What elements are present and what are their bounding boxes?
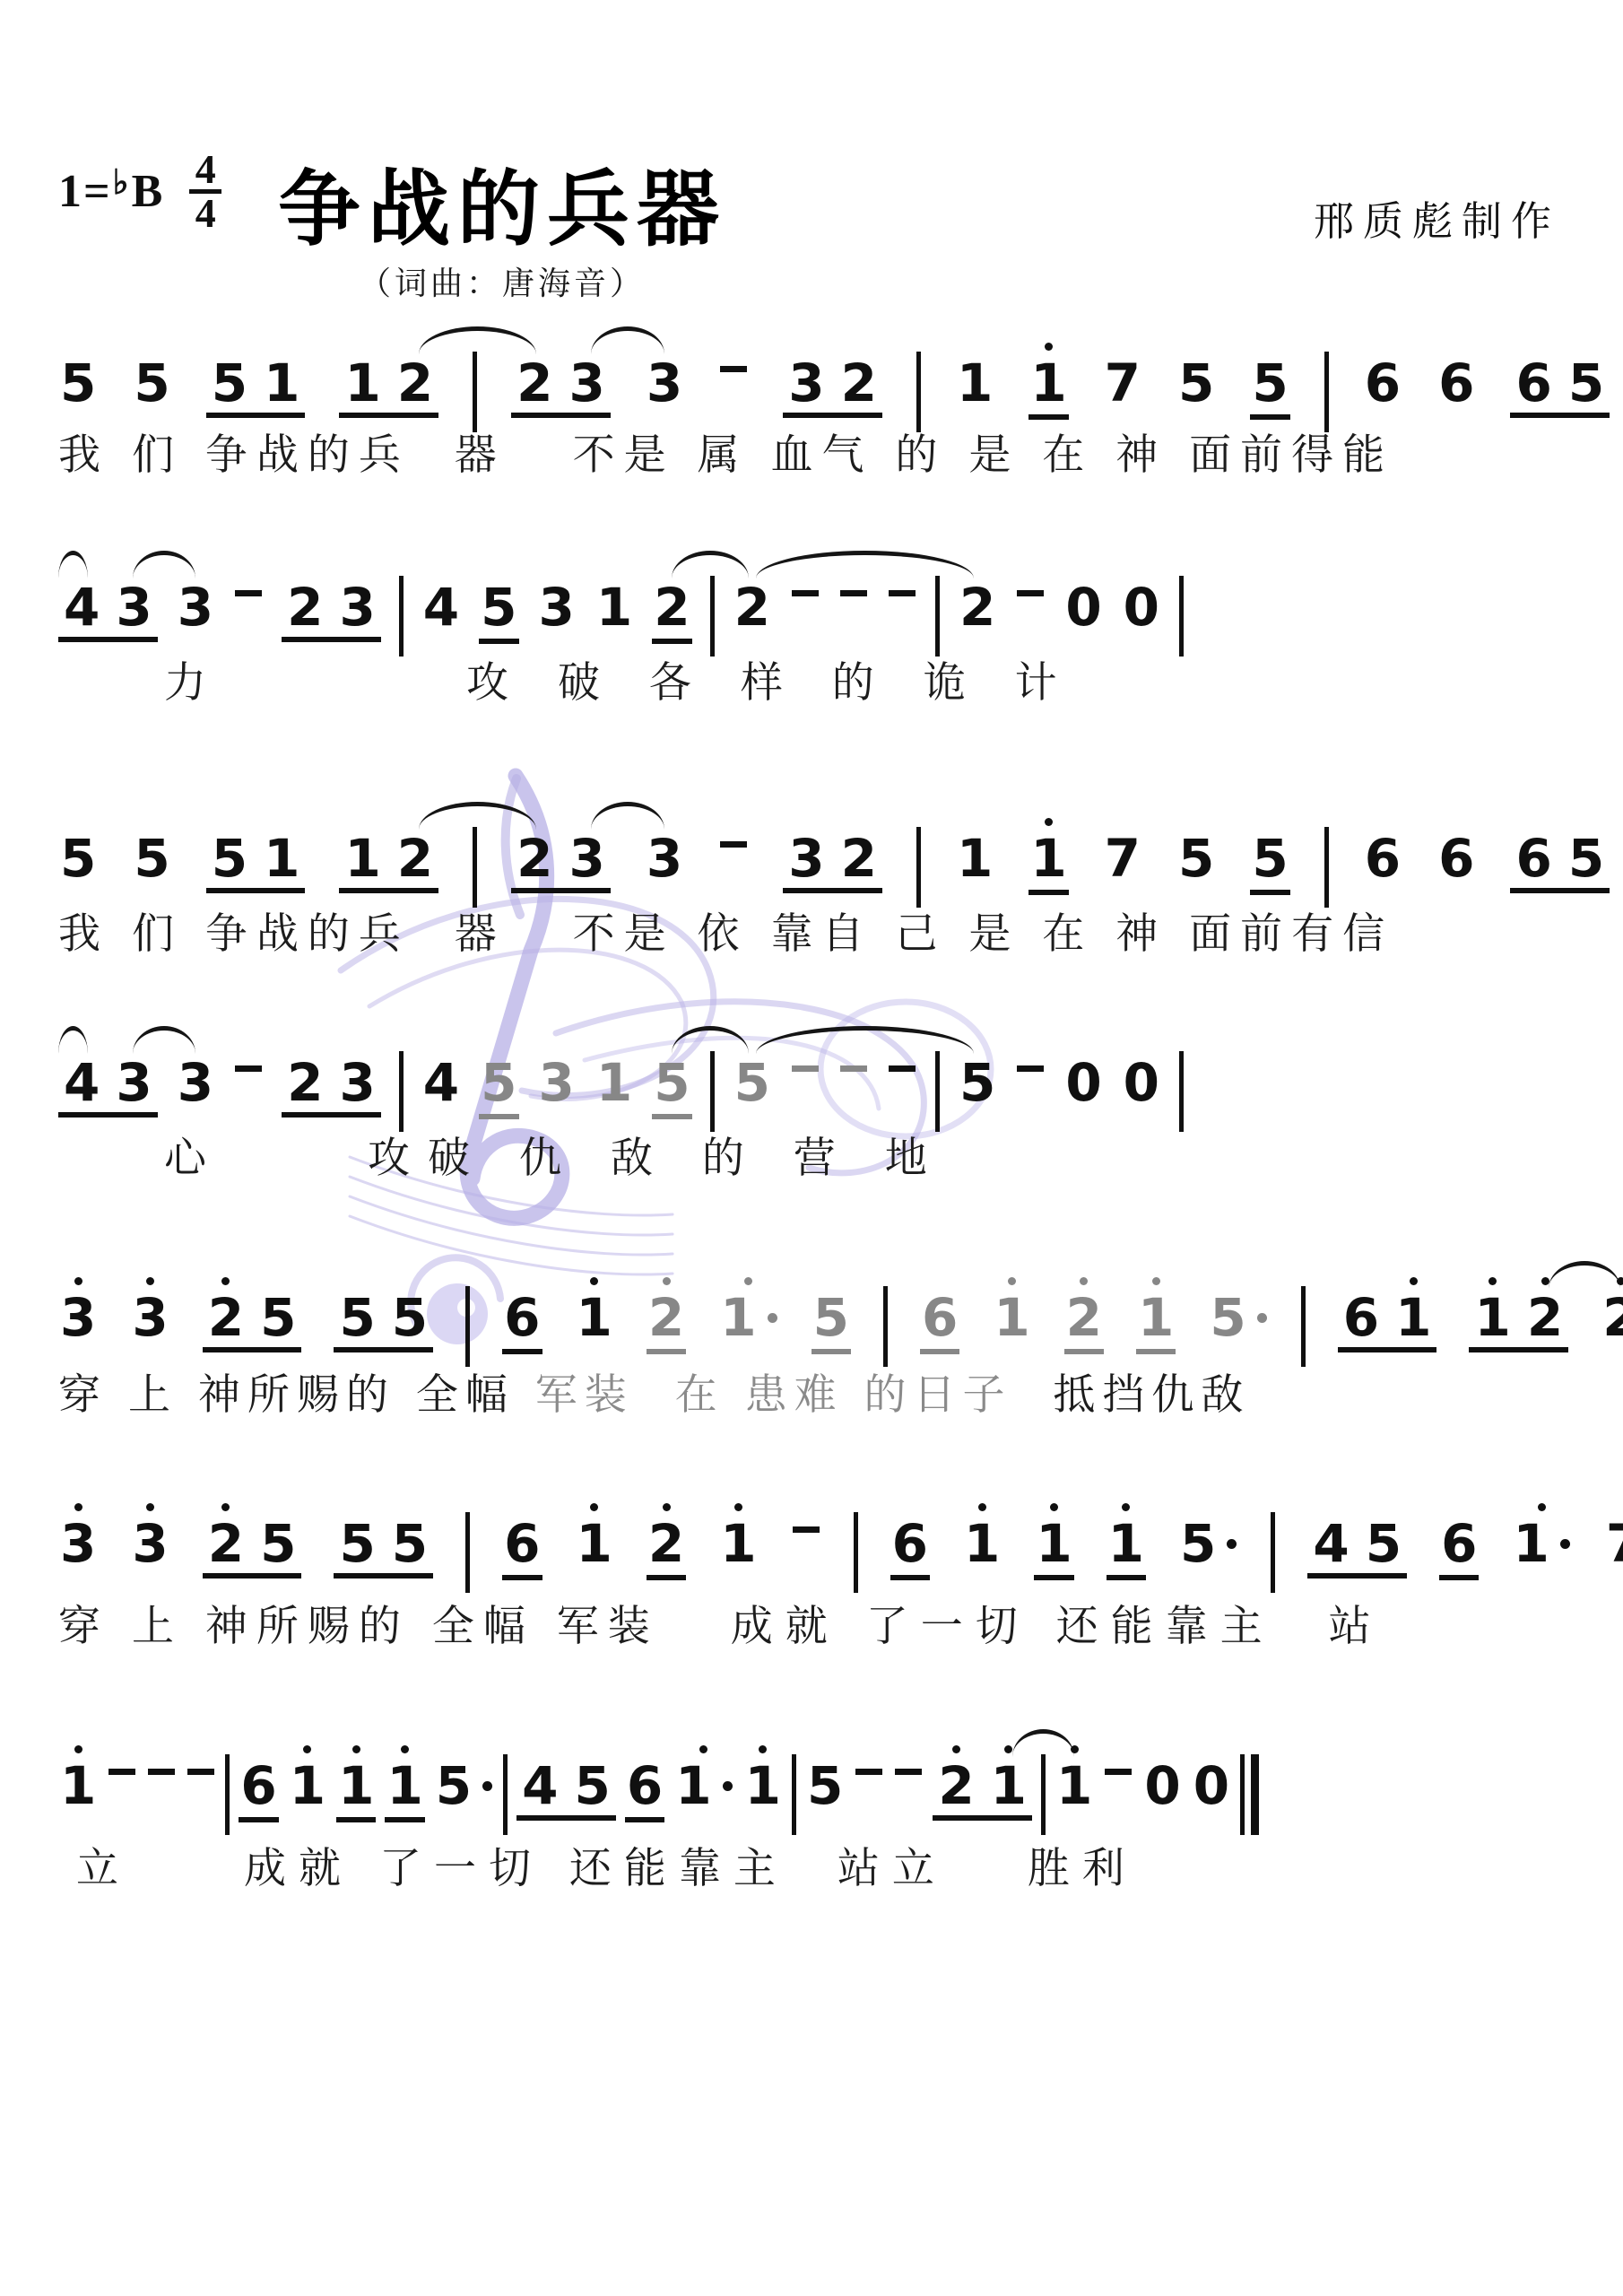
octave-dot [590,1503,598,1511]
barline [1041,1742,1046,1835]
note: 6 [502,1500,542,1580]
note: 7 [1103,814,1142,888]
note: 1 [962,1500,1002,1573]
beamed-note-group: 65 [1510,814,1610,893]
octave-dot [952,1745,960,1753]
note: 2 [1064,1274,1104,1354]
note: 3 [645,814,684,888]
octave-dot [734,1503,742,1511]
notes-row: 5551122333211755666554 [58,339,1583,432]
octave-dot [1045,343,1053,351]
note: 6 [1436,814,1476,888]
note: 5 [652,1039,691,1119]
lyrics-segment: 心 [164,1134,206,1184]
beamed-note-group: 45 [1307,1500,1407,1578]
rest-note: 0 [1122,1039,1161,1112]
note: 2 [1601,1274,1623,1347]
lyrics-segment: 立 [76,1844,118,1894]
note: 5 [1250,814,1289,895]
augmentation-dot [768,1313,777,1323]
note: 6 [920,1274,959,1354]
octave-dot [1008,1277,1016,1285]
lyrics-row: 力攻 破 各 样 的 诡 计 [58,658,1075,709]
lyrics-segment: 攻 破 各 样 的 诡 计 [466,658,1075,709]
lyrics-row: 穿 上 神所赐的 全幅 军装 在 患难 的日子 抵挡仇敌 [58,1370,1250,1421]
rest-note: 0 [1063,1039,1103,1112]
duration-dash [146,1742,177,1801]
beamed-note-group: 23 [282,563,381,642]
octave-dot [352,1745,360,1753]
note: 3 [130,1500,169,1573]
barline [1301,1274,1306,1367]
rest-note: 0 [1063,563,1103,637]
barline [399,1039,404,1132]
rest-note: 0 [1192,1742,1231,1815]
barline [399,563,404,657]
octave-dot [146,1277,154,1285]
barline [935,1039,940,1132]
note: 1 [575,1274,614,1347]
duration-dash [887,1039,917,1098]
note: 1 [718,1500,758,1573]
octave-dot [1541,1277,1549,1285]
lyrics-row: 我 们 争战的兵 器 不是 依 靠自 己 是 在 神 面前有信 [58,909,1393,960]
beamed-note-group: 32 [783,814,882,893]
note: 1 [1136,1274,1176,1354]
note: 6 [502,1274,542,1354]
duration-dash [718,814,749,874]
barline [854,1500,858,1593]
note: 3 [58,1274,98,1347]
music-line-5: 332555612156121561122穿 上 神所赐的 全幅 军装 在 患难… [58,1274,1583,1367]
barline [1271,1500,1275,1593]
time-signature: 4 4 [189,151,221,232]
music-line-3: 5551122333211755666554我 们 争战的兵 器 不是 依 靠自… [58,814,1583,908]
duration-dash [233,563,264,622]
notes-row: 16111545611521100 [58,1742,1583,1835]
octave-dot [1410,1277,1418,1285]
note: 5 [805,1742,845,1815]
barline [503,1742,508,1835]
note: 3 [176,563,215,637]
octave-dot [74,1503,82,1511]
duration-dash [838,1039,869,1098]
note: 5 [132,339,171,413]
beamed-note-group: 61 [1338,1274,1437,1352]
octave-dot [1488,1277,1497,1285]
barline [1179,563,1184,657]
lyrics-segment: 胜利 [1028,1844,1137,1894]
octave-dot [221,1277,230,1285]
note: 5 [479,1039,518,1119]
note: 6 [1363,814,1402,888]
lyrics-segment: 穿 上 神所赐的 全幅 [58,1370,535,1421]
beamed-note-group: 23 [511,814,611,893]
barline [883,1274,888,1367]
octave-dot [74,1745,82,1753]
beamed-note-group: 32 [783,339,882,418]
beamed-note-group: 65 [1510,339,1610,418]
beamed-note-group: 23 [511,339,611,418]
note: 5 [479,563,518,644]
duration-dash [790,1039,820,1098]
note: 1 [718,1274,778,1347]
duration-dash [1015,1039,1046,1098]
barline [225,1742,230,1835]
duration-dash [718,339,749,398]
note: 1 [743,1742,783,1815]
note: 1 [595,1039,634,1112]
lyrics-segment: 站 [1329,1602,1371,1652]
note: 1 [673,1742,733,1815]
music-line-2: 43323453122200力攻 破 各 样 的 诡 计 [58,563,1583,657]
beamed-note-group: 25 [203,1274,302,1352]
music-line-1: 5551122333211755666554我 们 争战的兵 器 不是 属 血气… [58,339,1583,432]
barline [792,1742,796,1835]
octave-dot [759,1745,767,1753]
note: 6 [239,1742,278,1822]
note: 1 [955,339,994,413]
key-text: 1=♭B [58,165,164,218]
duration-dash [186,1742,216,1801]
lyrics-segment: 我 们 争战的兵 器 不是 属 血气 的 是 在 神 面前得能 [58,430,1393,481]
barline [465,1274,470,1367]
lyrics-segment: 攻破 仇 敌 的 营 地 [368,1134,945,1184]
octave-dot [221,1503,230,1511]
augmentation-dot [1257,1313,1267,1323]
beamed-note-group: 12 [1469,1274,1568,1352]
duration-dash [791,1500,821,1559]
octave-dot [1004,1745,1012,1753]
barline [465,1500,470,1593]
octave-dot [74,1277,82,1285]
augmentation-dot [482,1781,492,1791]
barline [916,339,921,432]
note: 4 [421,1039,461,1112]
note: 3 [537,563,577,637]
note: 1 [288,1742,327,1815]
note: 2 [733,563,772,637]
composer-credit: 邢质彪制作 [1314,188,1560,247]
augmentation-dot [1560,1539,1570,1549]
beamed-note-group: 43 [58,563,158,642]
lyrics-segment: 成就 了一切 还能靠主 [731,1602,1275,1652]
lyrics-segment: 站立 [838,1844,947,1894]
barline [473,339,477,432]
beamed-note-group: 23 [282,1039,381,1118]
beamed-note-group: 12 [339,814,438,893]
note: 5 [58,814,98,888]
time-signature-top: 4 [195,151,216,188]
lyrics-segment: 我 们 争战的兵 器 不是 依 靠自 己 是 在 神 面前有信 [58,909,1393,960]
beamed-note-group: 25 [203,1500,302,1578]
beamed-note-group: 51 [206,814,306,893]
note: 3 [537,1039,577,1112]
octave-dot [1080,1277,1088,1285]
augmentation-dot [1227,1539,1237,1549]
note: 5 [1250,339,1289,420]
note: 7 [1604,1500,1623,1573]
barline [710,1039,715,1132]
duration-dash [854,1742,884,1801]
flat-icon: ♭ [113,164,131,202]
note: 5 [1208,1274,1268,1347]
note: 7 [1103,339,1142,413]
note: 3 [58,1500,98,1573]
notes-row: 43323453155500 [58,1039,1583,1132]
octave-dot [1152,1277,1160,1285]
barline [710,563,715,657]
note: 6 [625,1742,664,1822]
note: 3 [645,339,684,413]
note: 1 [336,1742,376,1822]
music-line-4: 43323453155500心攻破 仇 敌 的 营 地 [58,1039,1583,1132]
duration-dash [893,1742,924,1801]
note: 1 [385,1742,424,1822]
lyrics-row: 穿 上 神所赐的 全幅 军装成就 了一切 还能靠主站 [58,1602,1371,1652]
lyrics-row: 立成就 了一切 还能靠主站立胜利 [58,1844,1137,1894]
octave-dot [401,1745,409,1753]
note: 1 [575,1500,614,1573]
time-signature-bottom: 4 [195,195,216,232]
duration-dash [1103,1742,1133,1801]
octave-dot [699,1745,707,1753]
beamed-note-group: 12 [339,339,438,418]
note: 2 [647,1274,686,1354]
note: 1 [595,563,634,637]
note: 5 [1178,1500,1238,1573]
octave-dot [146,1503,154,1511]
notes-row: 5551122333211755666554 [58,814,1583,908]
final-barline [1240,1742,1259,1835]
beamed-note-group: 45 [516,1742,616,1821]
note: 1 [1511,1500,1571,1573]
note: 1 [992,1274,1031,1347]
octave-dot [1538,1503,1546,1511]
octave-dot [663,1277,671,1285]
note: 6 [890,1500,930,1580]
beamed-note-group: 21 [933,1742,1032,1821]
beamed-note-group: 43 [58,1039,158,1118]
barline [1324,814,1329,908]
beamed-note-group: 55 [334,1274,433,1352]
barline [1324,339,1329,432]
music-line-7: 16111545611521100立成就 了一切 还能靠主站立胜利 [58,1742,1583,1835]
octave-dot [978,1503,986,1511]
notes-row: 43323453122200 [58,563,1583,657]
note: 3 [176,1039,215,1112]
octave-dot [1071,1745,1079,1753]
octave-dot [590,1277,598,1285]
octave-dot [1617,1277,1623,1285]
lyrics-segment: 力 [164,658,206,709]
augmentation-dot [723,1781,733,1791]
octave-dot [1050,1503,1058,1511]
rest-note: 0 [1122,563,1161,637]
octave-dot [303,1745,311,1753]
note: 5 [733,1039,772,1112]
lyrics-segment: 成就 了一切 还能靠主 [244,1844,788,1894]
note: 1 [955,814,994,888]
octave-dot [1122,1503,1130,1511]
barline [916,814,921,908]
duration-dash [233,1039,264,1098]
beamed-note-group: 51 [206,339,306,418]
note: 5 [132,814,171,888]
note: 6 [1363,339,1402,413]
note: 3 [130,1274,169,1347]
note: 1 [1028,814,1068,895]
note: 1 [1028,339,1068,420]
barline [1179,1039,1184,1132]
lyrics-row: 心攻破 仇 敌 的 营 地 [58,1134,945,1184]
note: 6 [1439,1500,1479,1580]
note: 1 [1034,1500,1073,1580]
key-signature: 1=♭B 4 4 [58,151,221,232]
lyrics-segment: 穿 上 神所赐的 全幅 军装 [58,1602,659,1652]
duration-dash [1015,563,1046,622]
octave-dot [663,1503,671,1511]
octave-dot [744,1277,752,1285]
barline [473,814,477,908]
lyrics-segment: 抵挡仇敌 [1012,1370,1251,1421]
lyricist-composer-subtitle: （词曲：唐海音） [0,258,1004,304]
notes-row: 332555612156121561122 [58,1274,1583,1367]
note: 5 [434,1742,494,1815]
note: 1 [58,1742,98,1815]
note: 5 [58,339,98,413]
lyrics-segment: 军装 在 患难 的日子 [535,1370,1012,1421]
lyrics-row: 我 们 争战的兵 器 不是 属 血气 的 是 在 神 面前得能 [58,430,1393,481]
rest-note: 0 [1142,1742,1182,1815]
note: 2 [647,1500,686,1580]
duration-dash [887,563,917,622]
note: 4 [421,563,461,637]
note: 5 [811,1274,851,1354]
barline [935,563,940,657]
duration-dash [838,563,869,622]
octave-dot [1045,818,1053,826]
notes-row: 33255561216111545617 [58,1500,1583,1593]
duration-dash [107,1742,137,1801]
note: 6 [1436,339,1476,413]
note: 2 [652,563,691,644]
note: 5 [958,1039,997,1112]
note: 5 [1176,814,1216,888]
note: 2 [958,563,997,637]
duration-dash [790,563,820,622]
note: 5 [1176,339,1216,413]
note: 1 [1107,1500,1146,1580]
music-line-6: 33255561216111545617穿 上 神所赐的 全幅 军装成就 了一切… [58,1500,1583,1593]
beamed-note-group: 55 [334,1500,433,1578]
note: 1 [1055,1742,1094,1815]
